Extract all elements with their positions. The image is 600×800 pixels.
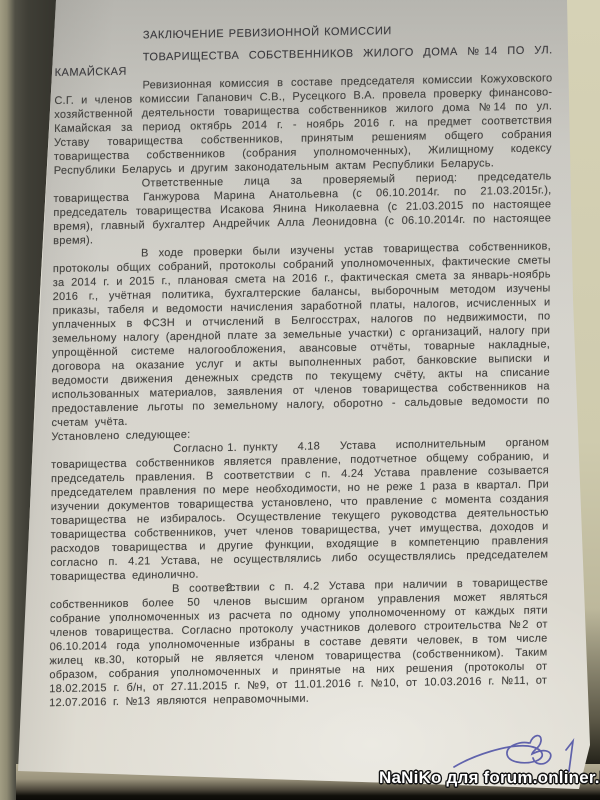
document-page: ЗАКЛЮЧЕНИЕ РЕВИЗИОННОЙ КОМИССИИ ТОВАРИЩЕ… (0, 0, 600, 800)
photo-of-document: ЗАКЛЮЧЕНИЕ РЕВИЗИОННОЙ КОМИССИИ ТОВАРИЩЕ… (0, 0, 600, 800)
item-2-text: В соответствии с п. 4.2 Устава при налич… (49, 576, 548, 709)
item-2-number: 2. (138, 582, 172, 597)
watermark: NaNiKo для forum.onliner.by (379, 768, 600, 788)
item-1-number: 1. (139, 442, 173, 457)
handwritten-page-number-stroke (566, 741, 573, 771)
numbered-item-2: 2.В соответствии с п. 4.2 Устава при нал… (49, 575, 548, 710)
document-text: ЗАКЛЮЧЕНИЕ РЕВИЗИОННОЙ КОМИССИИ ТОВАРИЩЕ… (49, 21, 553, 710)
paragraph-responsible-persons: Ответственные лица за проверяемый период… (53, 169, 552, 248)
paragraph-inspected-documents: В ходе проверки были изучены устав товар… (52, 239, 552, 430)
item-1-text: Согласно пункту 4.18 Устава исполнительн… (50, 436, 549, 583)
paragraph-commission: Ревизионная комиссия в составе председат… (54, 71, 553, 178)
document-title-line-1: ЗАКЛЮЧЕНИЕ РЕВИЗИОННОЙ КОМИССИИ (55, 21, 553, 44)
numbered-item-1: 1.Согласно пункту 4.18 Устава исполнител… (50, 435, 549, 584)
